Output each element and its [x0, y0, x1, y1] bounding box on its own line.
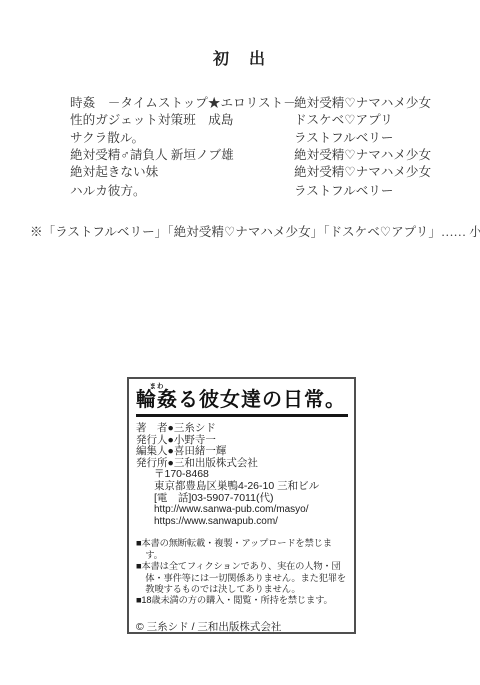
credits-block: 著 者●三糸シド 発行人●小野寺一 編集人●喜田緒一輝 発行所●三和出版株式会社 [136, 423, 348, 469]
book-title-base: 輪姦 [136, 389, 178, 411]
copyright-line: © 三糸シド / 三和出版株式会社 [136, 619, 348, 634]
notice-item: ■本書は全てフィクションであり、実在の人物・団体・事件等には一切関係ありません。… [136, 561, 348, 595]
work-title: 絶対起きない妹 [70, 164, 294, 181]
work-title: 時姦 －タイムストップ★エロリスト－ [70, 95, 294, 112]
credit-name: 喜田緒一輝 [174, 445, 227, 457]
credit-name: 三糸シド [174, 422, 216, 434]
work-title: サクラ散ル。 [70, 130, 294, 147]
pub-list-row: サクラ散ル。 ラストフルベリー [70, 130, 460, 147]
book-title-ruby: 輪姦まわ [136, 389, 178, 411]
source-magazine: 絶対受精♡ナマハメ少女 [294, 95, 431, 112]
title-underline [136, 414, 348, 417]
credit-role: 編集人 [136, 445, 168, 457]
source-magazine: 絶対受精♡ナマハメ少女 [294, 147, 431, 164]
source-magazine: 絶対受精♡ナマハメ少女 [294, 164, 431, 181]
pub-list-row: 絶対受精♂請負人 新垣ノブ雄 絶対受精♡ナマハメ少女 [70, 147, 460, 164]
colophon-box: 輪姦まわる彼女達の日常。 著 者●三糸シド 発行人●小野寺一 編集人●喜田緒一輝… [127, 377, 356, 634]
work-title: 性的ガジェット対策班 成島 [70, 112, 294, 129]
pub-list-row: 時姦 －タイムストップ★エロリスト－ 絶対受精♡ナマハメ少女 [70, 95, 460, 112]
pub-list-row: 絶対起きない妹 絶対受精♡ナマハメ少女 [70, 164, 460, 181]
credit-role: 発行人 [136, 434, 168, 446]
publisher-url-main: https://www.sanwapub.com/ [154, 516, 348, 528]
credit-role: 著 者 [136, 422, 168, 434]
source-magazine: ラストフルベリー [294, 183, 394, 200]
publisher-address: 東京都豊島区巣鴨4-26-10 三和ビル [154, 481, 348, 493]
credit-role: 発行所 [136, 457, 168, 469]
first-publication-heading: 初 出 [0, 46, 480, 69]
furigana: まわ [136, 383, 178, 390]
notice-item: ■本書の無断転載・複製・アップロードを禁じます。 [136, 538, 348, 561]
first-publication-list: 時姦 －タイムストップ★エロリスト－ 絶対受精♡ナマハメ少女 性的ガジェット対策… [70, 95, 460, 201]
book-title: 輪姦まわる彼女達の日常。 [136, 383, 348, 411]
work-title: 絶対受精♂請負人 新垣ノブ雄 [70, 147, 294, 164]
pub-list-row: 性的ガジェット対策班 成島 ドスケベ♡アプリ [70, 112, 460, 129]
publisher-phone: [電 話]03-5907-7011(代) [154, 493, 348, 505]
book-title-rest: る彼女達の日常。 [178, 389, 346, 411]
pub-list-row: ハルカ彼方。 ラストフルベリー [70, 183, 460, 200]
legal-notices: ■本書の無断転載・複製・アップロードを禁じます。 ■本書は全てフィクションであり… [136, 538, 348, 606]
credit-name: 三和出版株式会社 [174, 457, 258, 469]
publisher-address-block: 〒170-8468 東京都豊島区巣鴨4-26-10 三和ビル [電 話]03-5… [154, 469, 348, 527]
source-magazine: ラストフルベリー [294, 130, 394, 147]
publisher-note: ※「ラストフルベリー」「絶対受精♡ナマハメ少女」「ドスケベ♡アプリ」…… 小社刊 [30, 221, 470, 240]
notice-item: ■18歳未満の方の購入・閲覧・所持を禁じます。 [136, 595, 348, 606]
credit-name: 小野寺一 [174, 434, 216, 446]
work-title: ハルカ彼方。 [70, 183, 294, 200]
source-magazine: ドスケベ♡アプリ [294, 112, 393, 129]
publisher-url-masyo: http://www.sanwa-pub.com/masyo/ [154, 504, 348, 516]
